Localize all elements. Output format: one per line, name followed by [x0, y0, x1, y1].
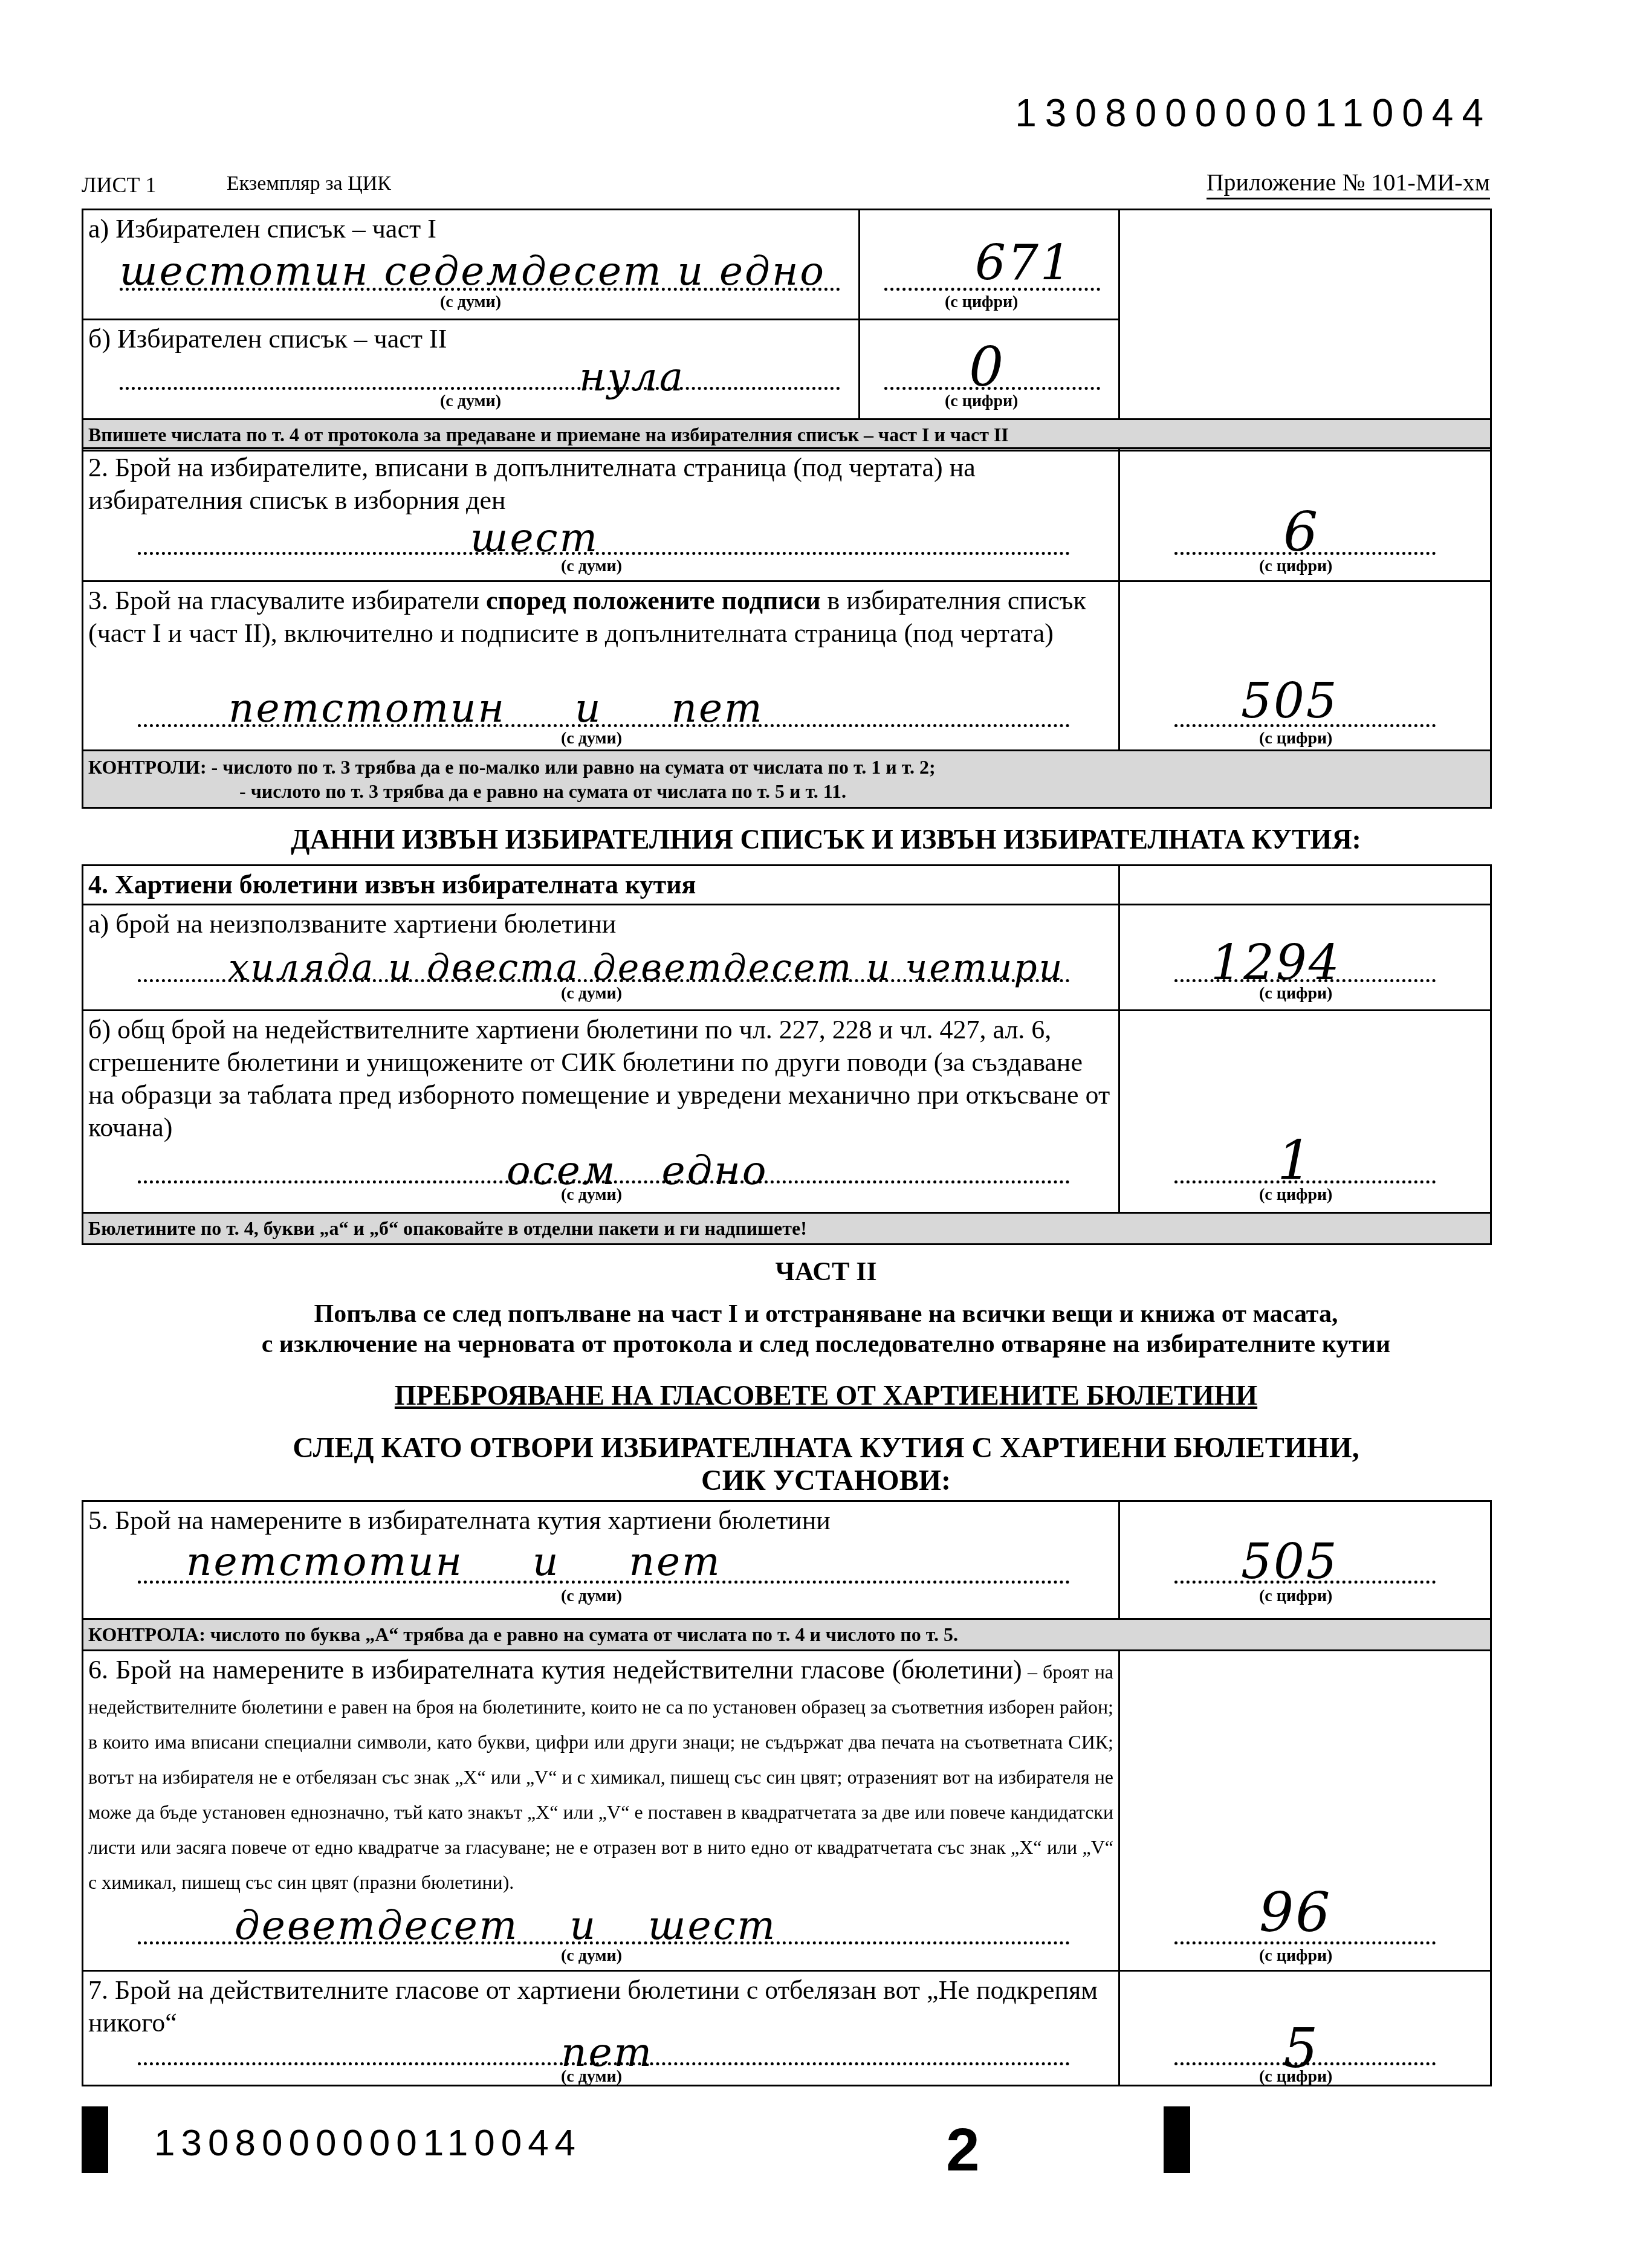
words-caption: (с думи)	[561, 984, 622, 1003]
dotted-line	[1174, 979, 1436, 982]
row-4a-digits-cell: 1294 (с цифри)	[1119, 905, 1491, 1011]
row-6-invalid-votes: 6. Брой на намерените в избирателната ку…	[83, 1651, 1491, 1971]
outside-data-heading: ДАННИ ИЗВЪН ИЗБИРАТЕЛНИЯ СПИСЪК И ИЗВЪН …	[0, 823, 1652, 855]
annex-label: Приложение № 101-МИ-хм	[1207, 168, 1490, 199]
row-4-header-right	[1119, 866, 1491, 905]
row-2-label: 2. Брой на избирателите, вписани в допъл…	[88, 452, 1113, 517]
empty-right-cell	[1119, 210, 1491, 419]
digits-caption: (с цифри)	[945, 293, 1018, 312]
row-4a-digits[interactable]: 1294	[1211, 934, 1341, 991]
row-5-found-ballots: 5. Брой на намерените в избирателната ку…	[83, 1501, 1491, 1619]
packaging-banner: Бюлетините по т. 4, букви „а“ и „б“ опак…	[83, 1213, 1491, 1244]
row-3-label: 3. Брой на гласувалите избиратели според…	[88, 584, 1113, 650]
dotted-line	[138, 979, 1070, 982]
digits-caption: (с цифри)	[1259, 1946, 1332, 1966]
part2-instructions-1: Попълва се след попълване на част I и от…	[0, 1300, 1652, 1329]
page-number: 2	[946, 2115, 980, 2185]
words-caption: (с думи)	[561, 1587, 622, 1606]
row-5-label: 5. Брой на намерените в избирателната ку…	[88, 1504, 1113, 1537]
row-5-words[interactable]: петстотин и пет	[186, 1538, 722, 1585]
dotted-line	[138, 1941, 1070, 1944]
digits-caption: (с цифри)	[1259, 1185, 1332, 1205]
list-part-2-label: б) Избирателен списък – част II	[88, 323, 854, 355]
list-instruction-banner: Впишете числата по т. 4 от протокола за …	[83, 419, 1491, 451]
dotted-line	[884, 288, 1100, 291]
part2-instructions-2: с изключение на черновата от протокола и…	[0, 1330, 1652, 1359]
outside-ballots-table: 4. Хартиени бюлетини извън избирателната…	[82, 864, 1492, 1245]
row-3-digits[interactable]: 505	[1241, 673, 1339, 729]
row-6-words-cell: 6. Брой на намерените в избирателната ку…	[83, 1651, 1119, 1971]
row-2-additional-voters: 2. Брой на избирателите, вписани в допъл…	[83, 448, 1491, 581]
part2-title: ЧАСТ II	[0, 1256, 1652, 1287]
dotted-line	[138, 1180, 1070, 1183]
row-4b-words[interactable]: осем едно	[507, 1147, 768, 1194]
dotted-line	[1174, 2062, 1436, 2065]
digits-caption: (с цифри)	[1259, 1587, 1332, 1606]
row-6-label: 6. Брой на намерените в избирателната ку…	[88, 1654, 1113, 1900]
list-part-2-digits-cell: 0 (с цифри)	[860, 320, 1119, 419]
copy-label: Екземпляр за ЦИК	[227, 172, 391, 195]
dotted-line	[884, 387, 1100, 390]
section1-counts-table: 2. Брой на избирателите, вписани в допъл…	[82, 447, 1492, 809]
digits-caption: (с цифри)	[1259, 729, 1332, 748]
words-caption: (с думи)	[561, 1185, 622, 1205]
dotted-line	[1174, 1581, 1436, 1584]
dotted-line	[120, 387, 840, 390]
row-3-voted: 3. Брой на гласувалите избиратели според…	[83, 581, 1491, 751]
row-2-digits-cell: 6 (с цифри)	[1119, 448, 1491, 581]
row-4b-digits-cell: 1 (с цифри)	[1119, 1011, 1491, 1213]
sheet-label: ЛИСТ 1	[82, 172, 156, 198]
dotted-line	[1174, 1941, 1436, 1944]
row-4a-words[interactable]: хиляда и двеста деветдесет и четири	[228, 947, 1064, 989]
digits-caption: (с цифри)	[1259, 2067, 1332, 2086]
list-part-1-words-cell: а) Избирателен списък – част I шестотин …	[83, 210, 860, 320]
row-7-digits-cell: 5 (с цифри)	[1119, 1971, 1491, 2086]
sub-heading-1: СЛЕД КАТО ОТВОРИ ИЗБИРАТЕЛНАТА КУТИЯ С Х…	[0, 1431, 1652, 1465]
row-6-digits[interactable]: 96	[1259, 1881, 1332, 1944]
counting-heading: ПРЕБРОЯВАНЕ НА ГЛАСОВЕТЕ ОТ ХАРТИЕНИТЕ Б…	[0, 1379, 1652, 1411]
row-7-none-of-above: 7. Брой на действителните гласове от хар…	[83, 1971, 1491, 2086]
words-caption: (с думи)	[561, 729, 622, 748]
top-barcode-number: 1308000000110044	[1015, 91, 1492, 135]
voter-list-table: а) Избирателен списък – част I шестотин …	[82, 209, 1492, 452]
dotted-line	[138, 1581, 1070, 1584]
row-7-words-cell: 7. Брой на действителните гласове от хар…	[83, 1971, 1119, 2086]
row-4b-invalid: б) общ брой на недействителните хартиени…	[83, 1011, 1491, 1213]
list-part-1-digits-cell: 671 (с цифри)	[860, 210, 1119, 320]
registration-mark-right	[1164, 2106, 1190, 2173]
row-5-digits-cell: 505 (с цифри)	[1119, 1501, 1491, 1619]
words-caption: (с думи)	[561, 557, 622, 576]
dotted-line	[138, 724, 1070, 727]
paper-ballots-table: 5. Брой на намерените в избирателната ку…	[82, 1500, 1492, 2086]
registration-mark-left	[82, 2106, 108, 2173]
sub-heading-2: СИК УСТАНОВИ:	[0, 1464, 1652, 1497]
row-4a-words-cell: а) брой на неизползваните хартиени бюлет…	[83, 905, 1119, 1011]
row-4b-label: б) общ брой на недействителните хартиени…	[88, 1014, 1113, 1144]
digits-caption: (с цифри)	[1259, 984, 1332, 1003]
list-part-2-words-cell: б) Избирателен списък – част II нула (с …	[83, 320, 860, 419]
row-4a-unused: а) брой на неизползваните хартиени бюлет…	[83, 905, 1491, 1011]
row-4-header: 4. Хартиени бюлетини извън избирателната…	[83, 866, 1119, 905]
dotted-line	[138, 552, 1070, 555]
row-3-digits-cell: 505 (с цифри)	[1119, 581, 1491, 751]
list-part-1-digits[interactable]: 671	[975, 235, 1073, 291]
row-list-part-1: а) Избирателен списък – част I шестотин …	[83, 210, 1491, 320]
dotted-line	[1174, 552, 1436, 555]
words-caption: (с думи)	[561, 1946, 622, 1966]
row-4a-label: а) брой на неизползваните хартиени бюлет…	[88, 908, 1113, 940]
row-2-words-cell: 2. Брой на избирателите, вписани в допъл…	[83, 448, 1119, 581]
row-4b-words-cell: б) общ брой на недействителните хартиени…	[83, 1011, 1119, 1213]
row-3-words-cell: 3. Брой на гласувалите избиратели според…	[83, 581, 1119, 751]
bottom-barcode-number: 1308000000110044	[154, 2122, 581, 2164]
row-5-words-cell: 5. Брой на намерените в избирателната ку…	[83, 1501, 1119, 1619]
list-part-2-words[interactable]: нула	[579, 354, 685, 400]
words-caption: (с думи)	[440, 392, 501, 411]
words-caption: (с думи)	[440, 293, 501, 312]
words-caption: (с думи)	[561, 2067, 622, 2086]
control-banner-2: КОНТРОЛА: числото по буква „А“ трябва да…	[83, 1619, 1491, 1651]
dotted-line	[120, 288, 840, 291]
digits-caption: (с цифри)	[945, 392, 1018, 411]
row-6-digits-cell: 96 (с цифри)	[1119, 1651, 1491, 1971]
dotted-line	[138, 2062, 1070, 2065]
dotted-line	[1174, 724, 1436, 727]
list-part-1-label: а) Избирателен списък – част I	[88, 213, 854, 245]
digits-caption: (с цифри)	[1259, 557, 1332, 576]
dotted-line	[1174, 1180, 1436, 1183]
control-banner-1: КОНТРОЛИ: - числото по т. 3 трябва да е …	[83, 751, 1491, 808]
